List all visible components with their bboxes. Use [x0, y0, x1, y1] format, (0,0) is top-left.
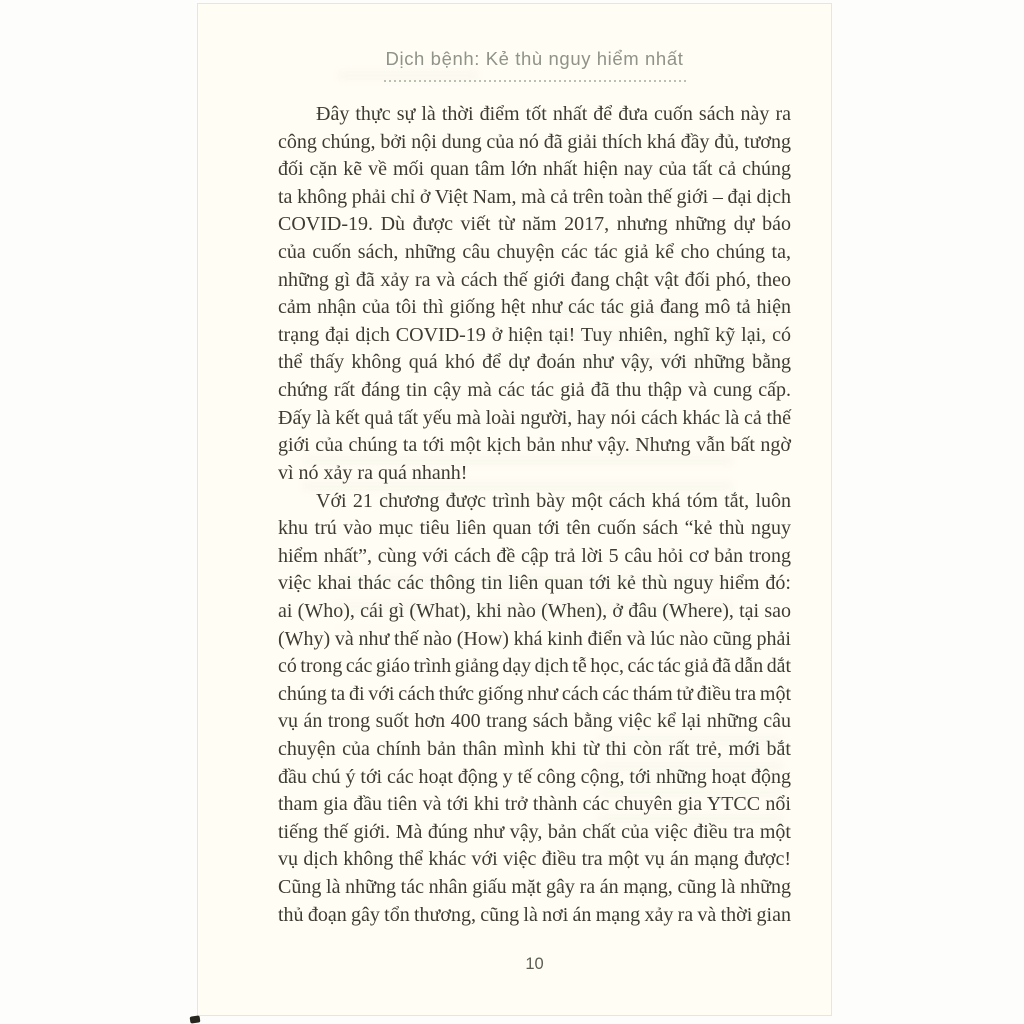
text-line: chuyện của chính bản thân mình khi từ th… [278, 736, 791, 764]
text-line: cảm nhận của tôi thì giống hệt như các t… [278, 294, 791, 322]
scanned-page-background: Dịch bệnh: Kẻ thù nguy hiểm nhất Đây thự… [0, 0, 1024, 1024]
text-line: Với 21 chương được trình bày một cách kh… [278, 488, 791, 516]
dotted-line [384, 80, 686, 82]
text-line: giới của chúng ta tới một kịch bản như v… [278, 432, 791, 460]
text-line: đầu chú ý tới các hoạt động y tế công cộ… [278, 764, 791, 792]
text-line: của cuốn sách, những câu chuyện các tác … [278, 239, 791, 267]
page-number: 10 [278, 955, 791, 974]
text-line: ta không phải chỉ ở Việt Nam, mà cả trên… [278, 184, 791, 212]
text-line: Đây thực sự là thời điểm tốt nhất để đưa… [278, 101, 791, 129]
text-line: tham gia đầu tiên và tới khi trở thành c… [278, 791, 791, 819]
text-line: công chúng, bởi nội dung của nó đã giải … [278, 129, 791, 157]
header-dotted-rule [278, 80, 791, 82]
text-line: việc khai thác các thông tin liên quan t… [278, 570, 791, 598]
text-line: COVID-19. Dù được viết từ năm 2017, nhưn… [278, 211, 791, 239]
text-line: vụ án trong suốt hơn 400 trang sách bằng… [278, 708, 791, 736]
text-line: vì nó xảy ra quá nhanh! [278, 460, 791, 488]
text-line: hiểm nhất”, cùng với cách đề cập trả lời… [278, 543, 791, 571]
text-line: (Why) và như thế nào (How) khá kinh điển… [278, 626, 791, 654]
scan-speck [190, 1015, 201, 1023]
text-line: trạng đại dịch COVID-19 ở hiện tại! Tuy … [278, 322, 791, 350]
text-line: có trong các giáo trình giảng dạy dịch t… [278, 653, 791, 681]
text-line: đối cặn kẽ về mối quan tâm lớn nhất hiện… [278, 156, 791, 184]
body-text: Đây thực sự là thời điểm tốt nhất để đưa… [278, 101, 791, 929]
text-line: Cũng là những tác nhân giấu mặt gây ra á… [278, 874, 791, 902]
book-page: Dịch bệnh: Kẻ thù nguy hiểm nhất Đây thự… [197, 3, 832, 1016]
text-line: Đấy là kết quả tất yếu mà loài người, ha… [278, 405, 791, 433]
text-line: tiếng thế giới. Mà đúng như vậy, bản chấ… [278, 819, 791, 847]
text-line: khu trú vào mục tiêu liên quan tới tên c… [278, 515, 791, 543]
text-line: ai (Who), cái gì (What), khi nào (When),… [278, 598, 791, 626]
text-line: thể thấy không quá khó để dự đoán như vậ… [278, 349, 791, 377]
text-line: vụ dịch không thể khác với việc điều tra… [278, 846, 791, 874]
text-line: những gì đã xảy ra và cách thế giới đang… [278, 267, 791, 295]
text-line: thủ đoạn gây tổn thương, cũng là nơi án … [278, 902, 791, 930]
text-line: chúng ta đi với cách thức giống như cách… [278, 681, 791, 709]
running-header: Dịch bệnh: Kẻ thù nguy hiểm nhất [278, 48, 791, 70]
text-line: chứng rất đáng tin cậy mà các tác giả đã… [278, 377, 791, 405]
